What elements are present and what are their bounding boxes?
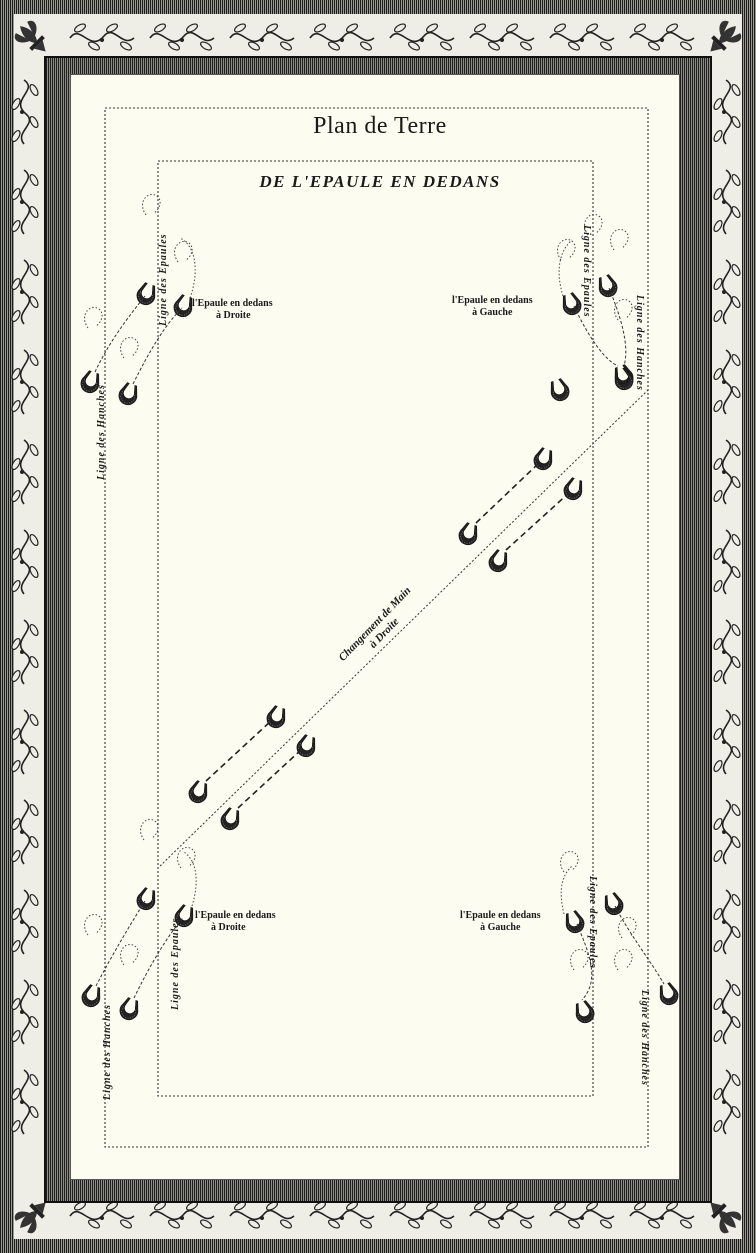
label-shoulders-bottom-right: Ligne des Epaules bbox=[587, 876, 598, 969]
diagonal-change-of-hand-line bbox=[160, 390, 648, 866]
horse-diagonal-upper bbox=[456, 446, 585, 574]
label-haunches-bottom-right: Ligne des Hanches bbox=[639, 990, 650, 1086]
label-shoulders-top-left: Ligne des Epaules bbox=[158, 233, 169, 326]
label-bottom-right: l'Epaule en dedans à Gauche bbox=[460, 910, 541, 934]
label-haunches-top-left: Ligne des Hanches bbox=[96, 384, 107, 480]
horse-top-left bbox=[78, 194, 195, 407]
horse-diagonal-lower bbox=[186, 704, 318, 832]
label-bottom-left: l'Epaule en dedans à Droite bbox=[195, 910, 276, 934]
plate-subtitle: DE L'EPAULE EN DEDANS bbox=[160, 172, 600, 192]
label-shoulders-bottom-left: Ligne des Epaules bbox=[170, 917, 181, 1010]
label-top-left: l'Epaule en dedans à Droite bbox=[192, 298, 273, 322]
label-haunches-bottom-left: Ligne des Hanches bbox=[102, 1004, 113, 1100]
label-top-right: l'Epaule en dedans à Gauche bbox=[452, 295, 533, 319]
label-haunches-top-right: Ligne des Hanches bbox=[634, 295, 645, 391]
horse-bottom-right bbox=[561, 851, 681, 1025]
plate-title: Plan de Terre bbox=[200, 113, 560, 140]
label-shoulders-top-right: Ligne des Epaules bbox=[581, 225, 592, 318]
